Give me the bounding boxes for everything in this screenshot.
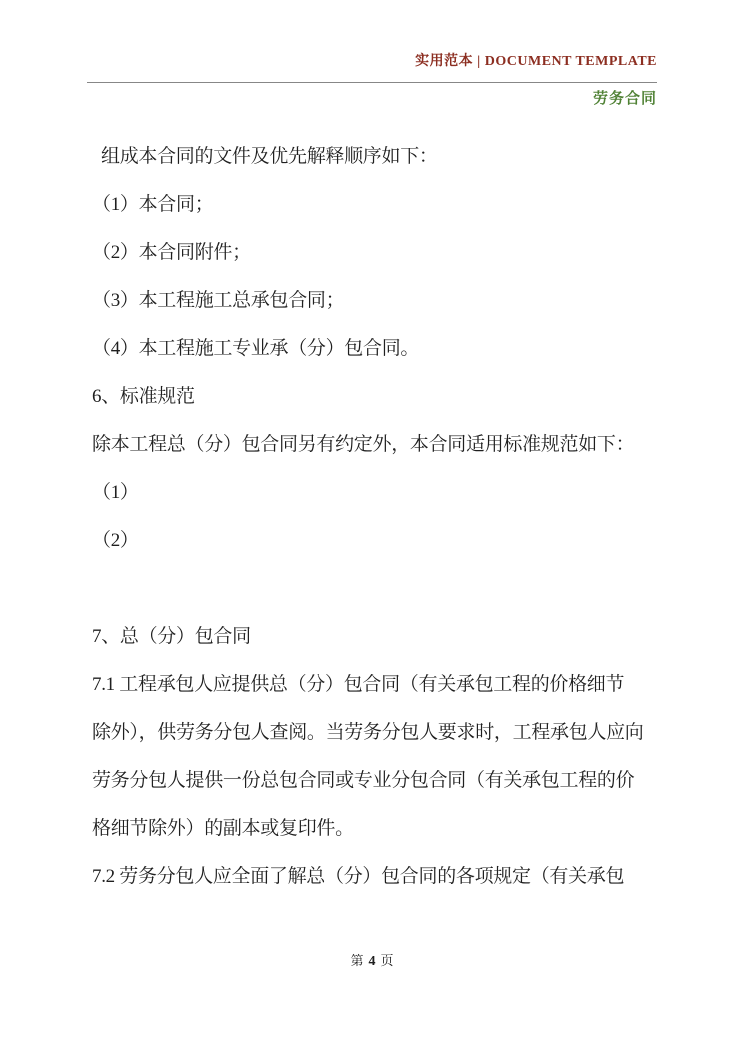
header-divider <box>87 82 657 83</box>
document-body: 组成本合同的文件及优先解释顺序如下： （1）本合同； （2）本合同附件； （3）… <box>92 133 658 901</box>
paragraph-line: 劳务分包人提供一份总包合同或专业分包合同（有关承包工程的价 <box>92 757 658 805</box>
header-brand: 实用范本 | DOCUMENT TEMPLATE <box>415 50 657 70</box>
paragraph-line: 除外），供劳务分包人查阅。当劳务分包人要求时，工程承包人应向 <box>92 709 658 757</box>
paragraph-line: （2）本合同附件； <box>92 229 658 277</box>
paragraph-line: 格细节除外）的副本或复印件。 <box>92 805 658 853</box>
paragraph-line: 6、标准规范 <box>92 373 658 421</box>
footer-suffix: 页 <box>381 953 394 968</box>
document-page: 实用范本 | DOCUMENT TEMPLATE 劳务合同 组成本合同的文件及优… <box>0 0 744 1052</box>
paragraph-line: 7.1 工程承包人应提供总（分）包合同（有关承包工程的价格细节 <box>92 661 658 709</box>
paragraph-line: （2） <box>92 517 658 565</box>
paragraph-line: （3）本工程施工总承包合同； <box>92 277 658 325</box>
paragraph-line: （4）本工程施工专业承（分）包合同。 <box>92 325 658 373</box>
paragraph-line: （1）本合同； <box>92 181 658 229</box>
page-number: 4 <box>369 954 376 969</box>
paragraph-line: 7、总（分）包合同 <box>92 613 658 661</box>
paragraph-line: （1） <box>92 469 658 517</box>
document-title: 劳务合同 <box>593 87 657 108</box>
paragraph-line: 除本工程总（分）包合同另有约定外，本合同适用标准规范如下： <box>92 421 658 469</box>
blank-line <box>92 565 658 613</box>
footer-prefix: 第 <box>350 953 363 968</box>
page-footer: 第4页 <box>0 950 744 970</box>
paragraph-line: 7.2 劳务分包人应全面了解总（分）包合同的各项规定（有关承包 <box>92 853 658 901</box>
paragraph-line: 组成本合同的文件及优先解释顺序如下： <box>92 133 658 181</box>
